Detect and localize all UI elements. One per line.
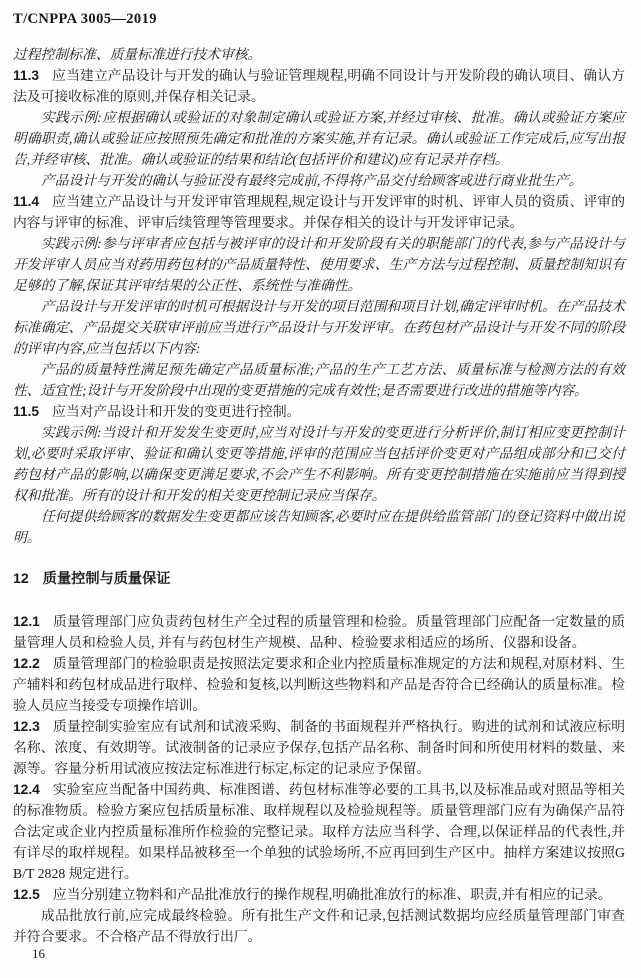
example-paragraph: 产品设计与开发评审的时机可根据设计与开发的项目范围和项目计划,确定评审时机。在产… — [13, 296, 625, 359]
paragraph-text: 过程控制标准、质量标准进行技术审核。 — [13, 47, 261, 62]
paragraph-text: 质量管理部门应负责药包材生产全过程的质量管理和检验。质量管理部门应配备一定数量的… — [13, 614, 625, 650]
example-paragraph: 产品的质量特性满足预先确定产品质量标准;产品的生产工艺方法、质量标准与检测方法的… — [13, 359, 625, 401]
paragraph-text: 产品设计与开发评审的时机可根据设计与开发的项目范围和项目计划,确定评审时机。在产… — [13, 299, 625, 356]
paragraph-text: 任何提供给顾客的数据发生变更都应该告知顾客,必要时应在提供给监管部门的登记资料中… — [13, 509, 625, 545]
paragraph-text: 实践示例:应根据确认或验证的对象制定确认或验证方案,并经过审核、批准。确认或验证… — [13, 110, 625, 167]
paragraph-text: 质量管理部门的检验职责是按照法定要求和企业内控质量标准规定的方法和规程,对原材料… — [13, 656, 625, 713]
clause-paragraph: 11.5应当对产品设计和开发的变更进行控制。 — [13, 401, 625, 422]
paragraph-text: 实践示例:当设计和开发发生变更时,应当对设计与开发的变更进行分析评价,制订相应变… — [13, 425, 625, 503]
paragraph-text: 应当分别建立物料和产品批准放行的操作规程,明确批准放行的标准、职责,并有相应的记… — [53, 887, 612, 902]
paragraph-text: 质量控制与质量保证 — [43, 571, 171, 587]
clause-paragraph: 12.2质量管理部门的检验职责是按照法定要求和企业内控质量标准规定的方法和规程,… — [13, 653, 625, 716]
clause-number: 11.4 — [13, 194, 39, 209]
clause-number: 12.3 — [13, 719, 40, 734]
paragraph-text: 产品的质量特性满足预先确定产品质量标准;产品的生产工艺方法、质量标准与检测方法的… — [13, 362, 625, 398]
document-body: 过程控制标准、质量标准进行技术审核。11.3应当建立产品设计与开发的确认与验证管… — [13, 44, 625, 947]
clause-number: 12 — [13, 571, 29, 587]
paragraph-text: 实验室应当配备中国药典、标准图谱、药包材标准等必要的工具书,以及标准品或对照品等… — [13, 782, 625, 881]
example-paragraph: 产品设计与开发的确认与验证没有最终完成前,不得将产品交付给顾客或进行商业批生产。 — [13, 170, 625, 191]
document-page: T/CNPPA 3005—2019 过程控制标准、质量标准进行技术审核。11.3… — [0, 0, 641, 978]
clause-paragraph: 12.1质量管理部门应负责药包材生产全过程的质量管理和检验。质量管理部门应配备一… — [13, 611, 625, 653]
paragraph-text: 产品设计与开发的确认与验证没有最终完成前,不得将产品交付给顾客或进行商业批生产。 — [41, 173, 583, 188]
example-paragraph: 任何提供给顾客的数据发生变更都应该告知顾客,必要时应在提供给监管部门的登记资料中… — [13, 506, 625, 548]
clause-number: 12.1 — [13, 614, 40, 629]
document-header: T/CNPPA 3005—2019 — [13, 12, 157, 27]
clause-number: 11.3 — [13, 68, 39, 83]
example-paragraph: 实践示例:当设计和开发发生变更时,应当对设计与开发的变更进行分析评价,制订相应变… — [13, 422, 625, 506]
paragraph-text: 成品批放行前,应完成最终检验。所有批生产文件和记录,包括测试数据均应经质量管理部… — [13, 908, 625, 944]
clause-paragraph: 11.3应当建立产品设计与开发的确认与验证管理规程,明确不同设计与开发阶段的确认… — [13, 65, 625, 107]
clause-number: 12.4 — [13, 782, 40, 797]
example-paragraph: 实践示例:参与评审者应包括与被评审的设计和开发阶段有关的职能部门的代表,参与产品… — [13, 233, 625, 296]
paragraph-text: 实践示例:参与评审者应包括与被评审的设计和开发阶段有关的职能部门的代表,参与产品… — [13, 236, 625, 293]
clause-number: 11.5 — [13, 404, 39, 419]
paragraph-text: 应当建立产品设计与开发评审管理规程,规定设计与开发评审的时机、评审人员的资质、评… — [13, 194, 625, 230]
page-number: 16 — [32, 946, 45, 962]
continuation-paragraph: 过程控制标准、质量标准进行技术审核。 — [13, 44, 625, 65]
clause-number: 12.5 — [13, 887, 40, 902]
paragraph-text: 应当对产品设计和开发的变更进行控制。 — [52, 404, 300, 419]
clause-paragraph: 11.4应当建立产品设计与开发评审管理规程,规定设计与开发评审的时机、评审人员的… — [13, 191, 625, 233]
clause-number: 12.2 — [13, 656, 40, 671]
paragraph-text: 应当建立产品设计与开发的确认与验证管理规程,明确不同设计与开发阶段的确认项目、确… — [13, 68, 625, 104]
paragraph-text: 质量控制实验室应有试剂和试液采购、制备的书面规程并严格执行。购进的试剂和试液应标… — [13, 719, 625, 776]
clause-paragraph: 12.3质量控制实验室应有试剂和试液采购、制备的书面规程并严格执行。购进的试剂和… — [13, 716, 625, 779]
clause-paragraph: 12.4实验室应当配备中国药典、标准图谱、药包材标准等必要的工具书,以及标准品或… — [13, 779, 625, 884]
indented-paragraph: 成品批放行前,应完成最终检验。所有批生产文件和记录,包括测试数据均应经质量管理部… — [13, 905, 625, 947]
standard-number: T/CNPPA 3005—2019 — [13, 11, 157, 27]
example-paragraph: 实践示例:应根据确认或验证的对象制定确认或验证方案,并经过审核、批准。确认或验证… — [13, 107, 625, 170]
clause-paragraph: 12.5应当分别建立物料和产品批准放行的操作规程,明确批准放行的标准、职责,并有… — [13, 884, 625, 905]
section-heading: 12质量控制与质量保证 — [13, 569, 625, 590]
